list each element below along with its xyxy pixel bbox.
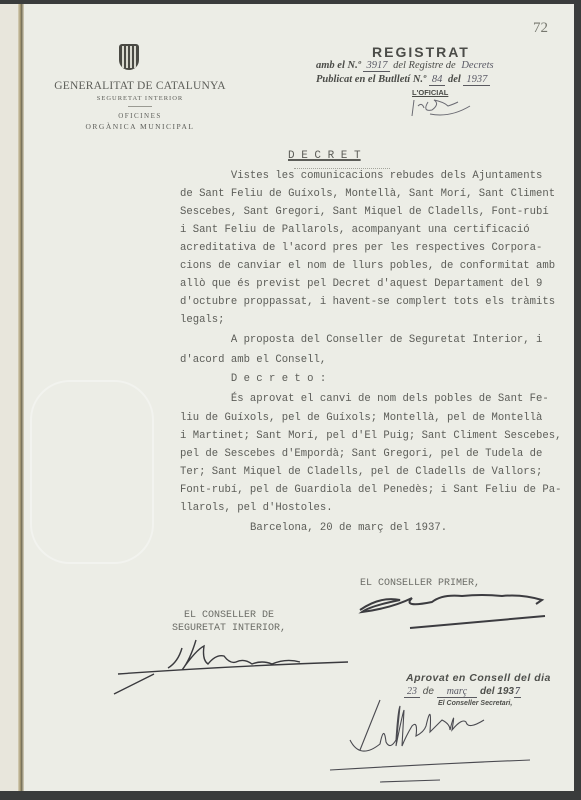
decree-line: cions de canviar el nom de llurs pobles,…	[180, 260, 555, 272]
decree-line: d'acord amb el Consell,	[180, 354, 326, 366]
decree-line: A proposta del Conseller de Seguretat In…	[180, 334, 542, 346]
decree-line: És aprovat el canvi de nom dels pobles d…	[180, 393, 549, 405]
secretary-signature	[320, 690, 560, 785]
decree-line: Ter; Sant Miquel de Cladells, pel de Cla…	[180, 466, 542, 478]
decree-line: Vistes les comunicacions rebudes dels Aj…	[180, 170, 542, 182]
decree-line: allò que és previst pel Decret d'aquest …	[180, 278, 542, 290]
decree-line: legals;	[180, 314, 225, 326]
letterhead-office-1: OFICINES	[50, 112, 230, 120]
decree-operative-heading: D e c r e t o :	[180, 373, 326, 385]
decree-line: llarols, pel d'Hostoles.	[180, 502, 333, 514]
bulletin-prefix: Publicat en el Butlletí N.º	[316, 74, 426, 85]
letterhead-department: SEGURETAT INTERIOR	[50, 95, 230, 102]
decree-line: d'octubre proppassat, i havent-se comple…	[180, 296, 555, 308]
letterhead-org: GENERALITAT DE CATALUNYA	[50, 80, 230, 92]
approval-line-1: Aprovat en Consell del dia	[406, 672, 551, 684]
catalan-coat-of-arms-icon	[119, 44, 139, 70]
book-spine	[18, 4, 24, 791]
registry-line-1: amb el N.º 3917 del Registre de Decrets	[316, 60, 497, 71]
decree-line: Sescebes, Sant Gregori, Sant Miquel de C…	[180, 206, 549, 218]
decree-title: D E C R E T	[288, 150, 361, 162]
registry-prefix: amb el N.º	[316, 60, 361, 71]
registry-initials-signature	[408, 92, 478, 122]
place-date: Barcelona, 20 de març del 1937.	[250, 522, 447, 534]
decree-line: Font-rubí, pel de Guardiola del Penedès;…	[180, 484, 561, 496]
watermark	[30, 380, 154, 564]
binding-edge	[0, 4, 18, 791]
decree-line: pel de Sescebes d'Empordà; Sant Gregori,…	[180, 448, 542, 460]
bulletin-number: 84	[429, 74, 446, 86]
registry-number: 3917	[363, 60, 390, 72]
registry-line-2: Publicat en el Butlletí N.º 84 del 1937	[316, 74, 490, 85]
page-number: 72	[533, 20, 548, 37]
registry-stamp-title: REGISTRAT	[372, 44, 470, 60]
bulletin-year: 1937	[463, 74, 490, 86]
divider	[128, 106, 152, 107]
decree-line: i Martinet; Sant Morí, pel d'El Puig; Sa…	[180, 430, 561, 442]
registry-suffix: del Registre de	[393, 60, 456, 71]
conseller-interior-title-1: EL CONSELLER DE	[184, 610, 274, 621]
decree-line: liu de Guíxols, pel de Guíxols; Montellà…	[180, 412, 542, 424]
title-dotted-rule	[294, 168, 390, 169]
aiguade-signature	[110, 630, 360, 695]
companys-signature	[340, 588, 560, 633]
decree-line: i Sant Feliu de Pallarols, acompanyant u…	[180, 224, 530, 236]
registry-type: Decrets	[458, 60, 496, 71]
bulletin-del: del	[448, 74, 461, 85]
decree-line: de Sant Feliu de Guíxols, Montellà, Sant…	[180, 188, 555, 200]
letterhead-office-2: ORGÀNICA MUNICIPAL	[50, 122, 230, 131]
decree-line: acreditativa de l'acord pres per les res…	[180, 242, 542, 254]
